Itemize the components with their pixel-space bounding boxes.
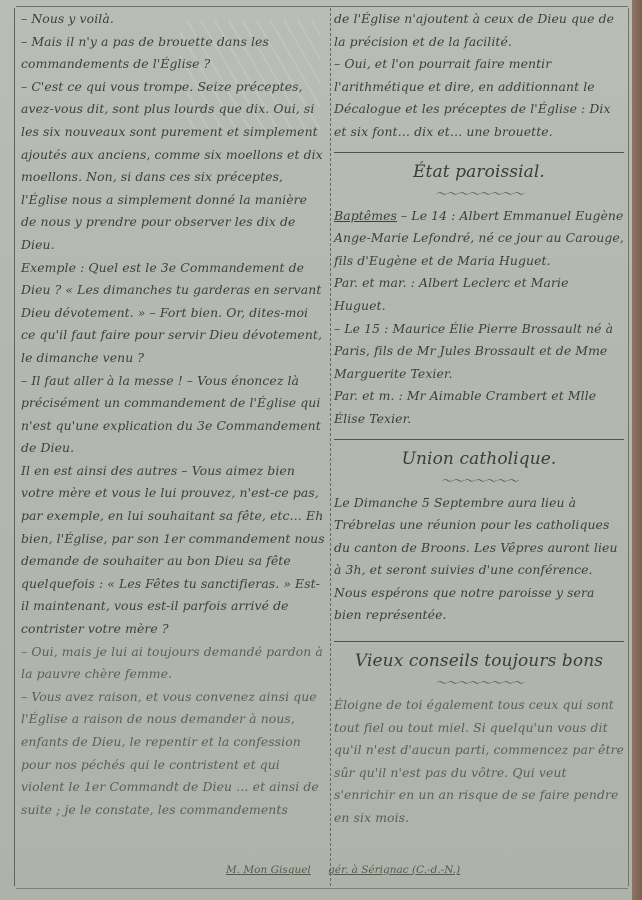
section-etat-paroissial: État paroissial. 〜〜〜〜〜〜〜〜 Baptêmes – Le … — [334, 152, 624, 431]
entry: Le Dimanche 5 Septembre aura lieu à Tréb… — [334, 492, 624, 628]
right-column: de l'Église n'ajoutent à ceux de Dieu qu… — [330, 8, 629, 886]
book-edge — [632, 0, 642, 900]
section-vieux-conseils: Vieux conseils toujours bons 〜〜〜〜〜〜〜〜 Él… — [334, 641, 624, 830]
decorative-squiggle-rule: 〜〜〜〜〜〜〜 — [334, 474, 624, 488]
section-title: Vieux conseils toujours bons — [334, 646, 624, 676]
paragraph: – Mais il n'y a pas de brouette dans les… — [21, 31, 326, 76]
left-column: – Nous y voilà. – Mais il n'y a pas de b… — [14, 8, 331, 886]
decorative-squiggle-rule: 〜〜〜〜〜〜〜〜 — [334, 187, 624, 201]
paragraph: – Nous y voilà. — [21, 8, 326, 31]
frame-top-rule — [16, 6, 628, 7]
entry: Baptêmes – Le 14 : Albert Emmanuel Eugèn… — [334, 205, 624, 273]
signature-right: gér. à Sérignac (C.-d.-N.) — [328, 864, 460, 876]
scanned-page: – Nous y voilà. – Mais il n'y a pas de b… — [0, 0, 632, 900]
section-title: État paroissial. — [334, 157, 624, 187]
paragraph: de l'Église n'ajoutent à ceux de Dieu qu… — [334, 8, 624, 53]
entry: Éloigne de toi également tous ceux qui s… — [334, 694, 624, 830]
paragraph: Exemple : Quel est le 3e Commandement de… — [21, 257, 326, 370]
entry: Par. et mar. : Albert Leclerc et Marie H… — [334, 272, 624, 317]
signature-left: M. Mon Gisquel — [226, 864, 311, 876]
decorative-squiggle-rule: 〜〜〜〜〜〜〜〜 — [334, 676, 624, 690]
paragraph: – Oui, mais je lui ai toujours demandé p… — [21, 641, 326, 686]
section-title: Union catholique. — [334, 444, 624, 474]
paragraph: – Il faut aller à la messe ! – Vous énon… — [21, 370, 326, 460]
entry: – Le 15 : Maurice Élie Pierre Brossault … — [334, 318, 624, 386]
paragraph: Il en est ainsi des autres – Vous aimez … — [21, 460, 326, 641]
entry: Par. et m. : Mr Aimable Crambert et Mlle… — [334, 385, 624, 430]
entry-label: Baptêmes — [334, 208, 397, 223]
paragraph: – C'est ce qui vous trompe. Seize précep… — [21, 76, 326, 257]
paragraph: – Vous avez raison, et vous convenez ain… — [21, 686, 326, 822]
frame-bottom-rule — [16, 888, 628, 889]
paragraph: – Oui, et l'on pourrait faire mentir l'a… — [334, 53, 624, 143]
section-union-catholique: Union catholique. 〜〜〜〜〜〜〜 Le Dimanche 5 … — [334, 439, 624, 628]
printer-signature: M. Mon Gisquel gér. à Sérignac (C.-d.-N.… — [226, 864, 460, 876]
